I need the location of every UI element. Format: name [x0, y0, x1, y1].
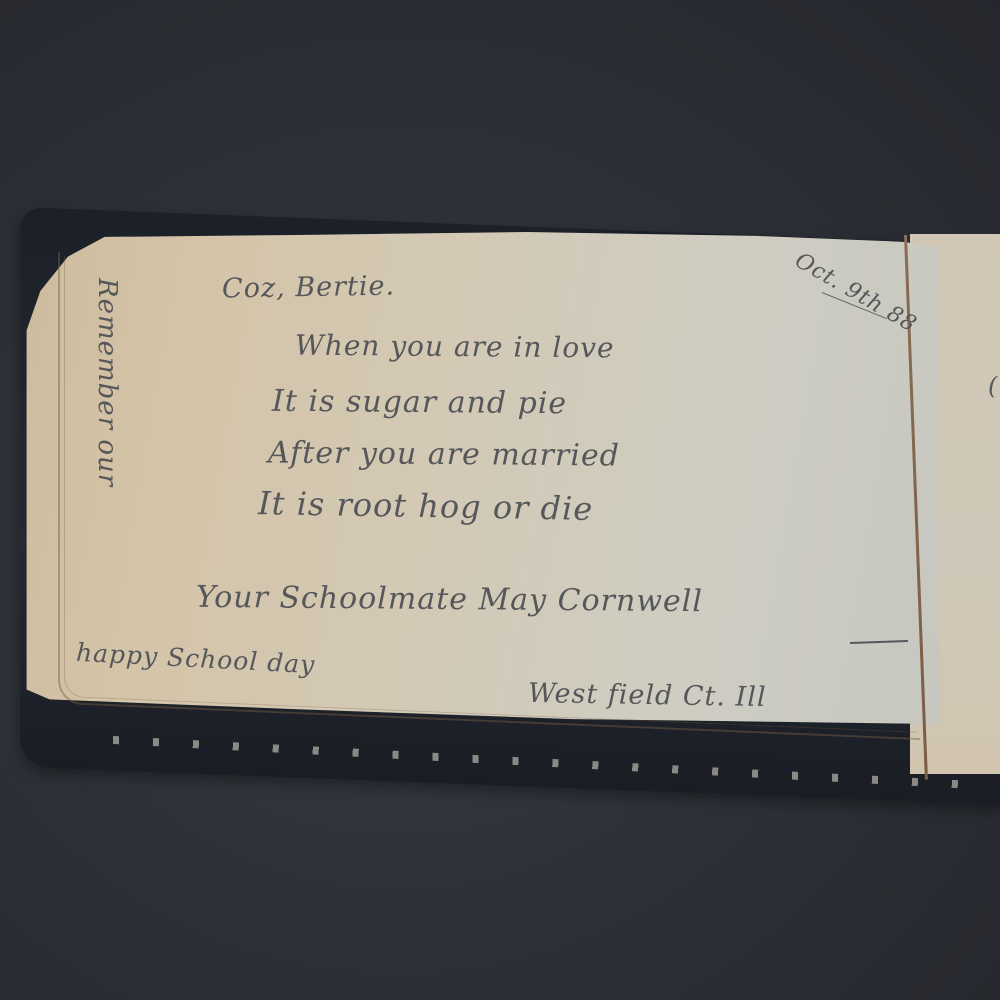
poem-line: After you are married [268, 435, 620, 473]
poem-line: It is sugar and pie [272, 384, 567, 422]
margin-note-vertical: Remember our [92, 278, 122, 487]
place-name: West field Ct. Ill [528, 678, 767, 713]
photo-scene: Oct. 9th 88 Coz, Bertie. When you are in… [0, 0, 1000, 1000]
salutation: Coz, Bertie. [222, 270, 396, 304]
right-page-partial-text: ( [988, 372, 998, 400]
signature: Your Schoolmate May Cornwell [196, 580, 703, 619]
poem-line: It is root hog or die [258, 484, 594, 528]
poem-line: When you are in love [295, 329, 615, 365]
